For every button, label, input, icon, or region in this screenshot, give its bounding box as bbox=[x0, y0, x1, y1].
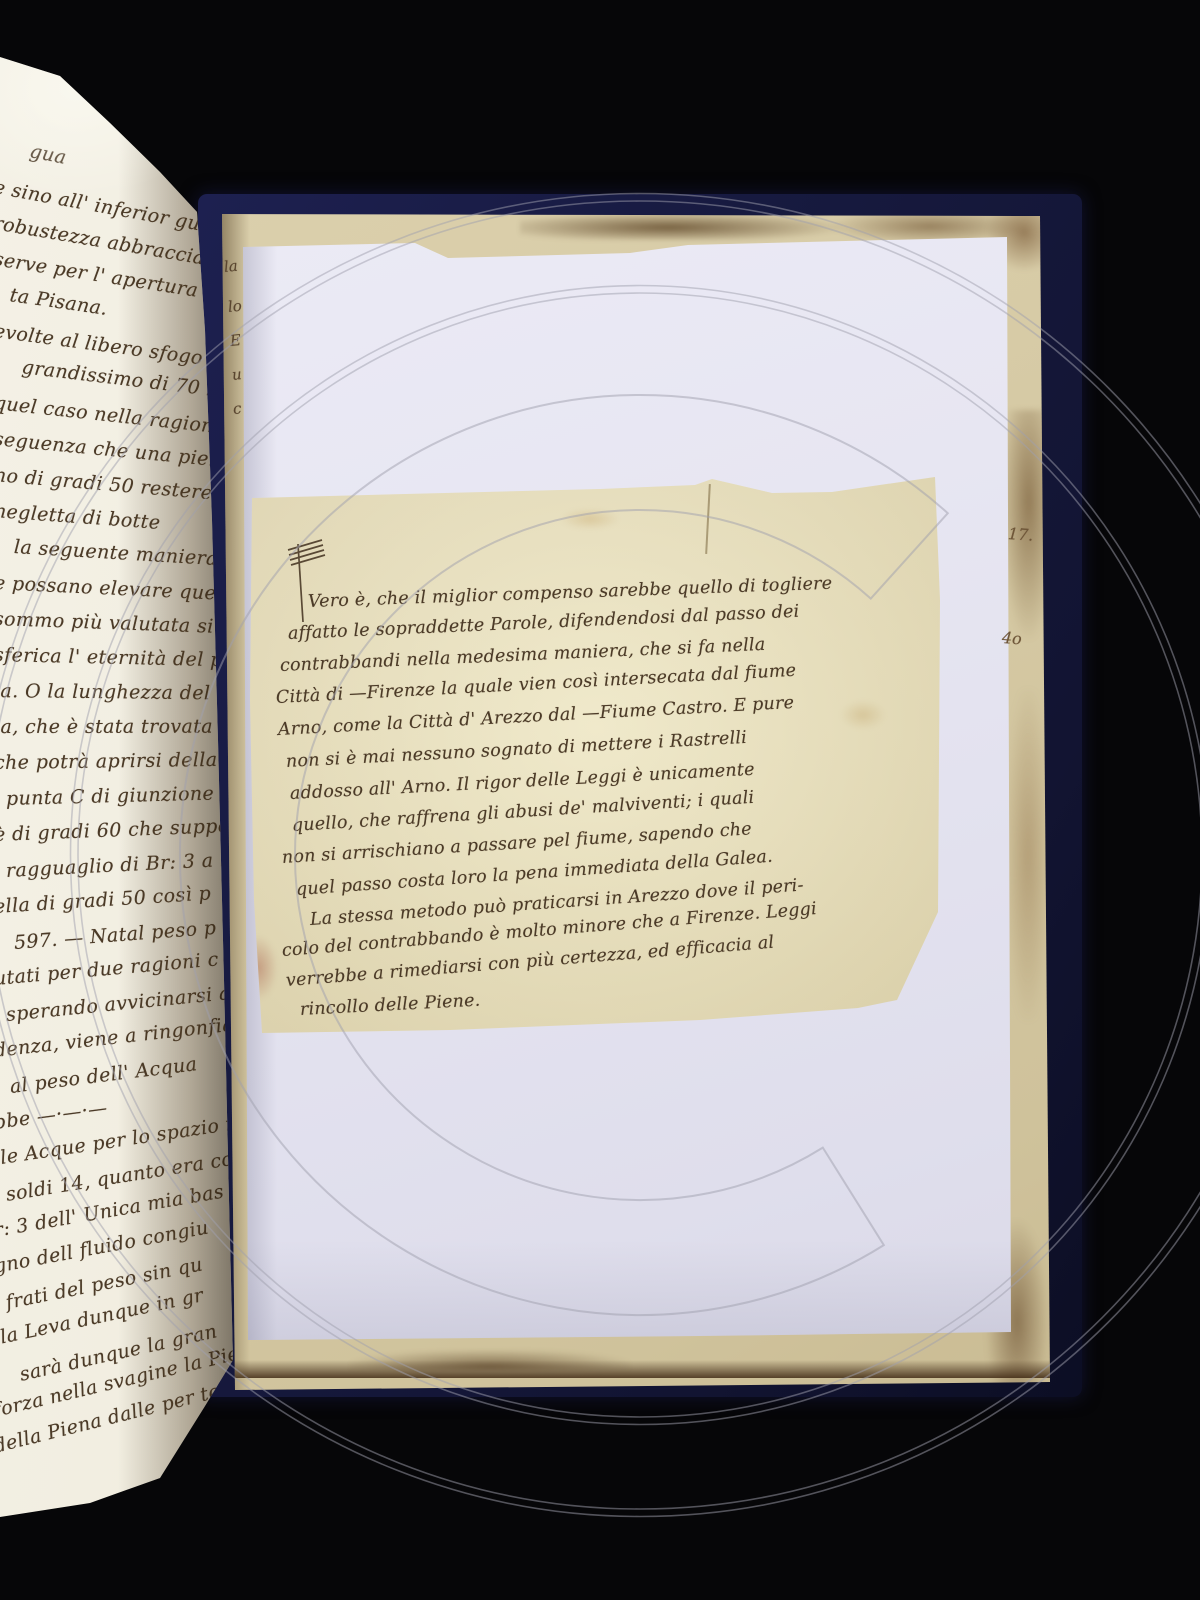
handwritten-line: che potrà aprirsi della bbox=[0, 749, 218, 774]
handwritten-line: ragguaglio di Br: 3 a b bbox=[5, 849, 233, 882]
handwritten-line: punta C di giunzione n bbox=[6, 782, 234, 810]
handwritten-line: bbe —·—·— bbox=[0, 1097, 109, 1134]
handwritten-line: la. O la lunghezza del bbox=[0, 680, 211, 704]
handwritten-line: sommo più valutata si res bbox=[0, 608, 252, 639]
page-sliver-mark: E bbox=[229, 331, 242, 350]
page-sliver-mark: u bbox=[231, 365, 243, 384]
handwritten-line: gua bbox=[28, 140, 68, 169]
handwritten-line: ella di gradi 50 così p bbox=[0, 882, 212, 918]
handwritten-line: no di gradi 50 resterebb bbox=[0, 464, 238, 506]
page-sliver-mark: lo bbox=[227, 297, 243, 316]
page-sliver-mark: c bbox=[232, 399, 242, 418]
photograph-of-manuscript: Vero è, che il miglior compenso sarebbe … bbox=[0, 0, 1200, 1600]
handwritten-line: 597. — Natal peso p bbox=[13, 917, 217, 954]
handwritten-line: al peso dell' Acqua bbox=[9, 1053, 199, 1098]
page-number-mark: 4o bbox=[1001, 628, 1022, 648]
handwritten-line: la seguente maniera bbox=[13, 536, 218, 570]
page-number-mark: 17. bbox=[1007, 524, 1034, 545]
handwritten-line: utati per due ragioni c bbox=[0, 948, 220, 990]
handwritten-line: sferica l' eternità del po bbox=[0, 644, 235, 671]
page-sliver-mark: la bbox=[223, 257, 239, 276]
handwritten-line: ta Pisana. bbox=[8, 284, 109, 320]
handwritten-line: è di gradi 60 che suppon bbox=[0, 814, 243, 846]
handwritten-line: la, che è stata trovata d bbox=[0, 716, 232, 738]
handwritten-line: negletta di botte bbox=[0, 500, 161, 534]
